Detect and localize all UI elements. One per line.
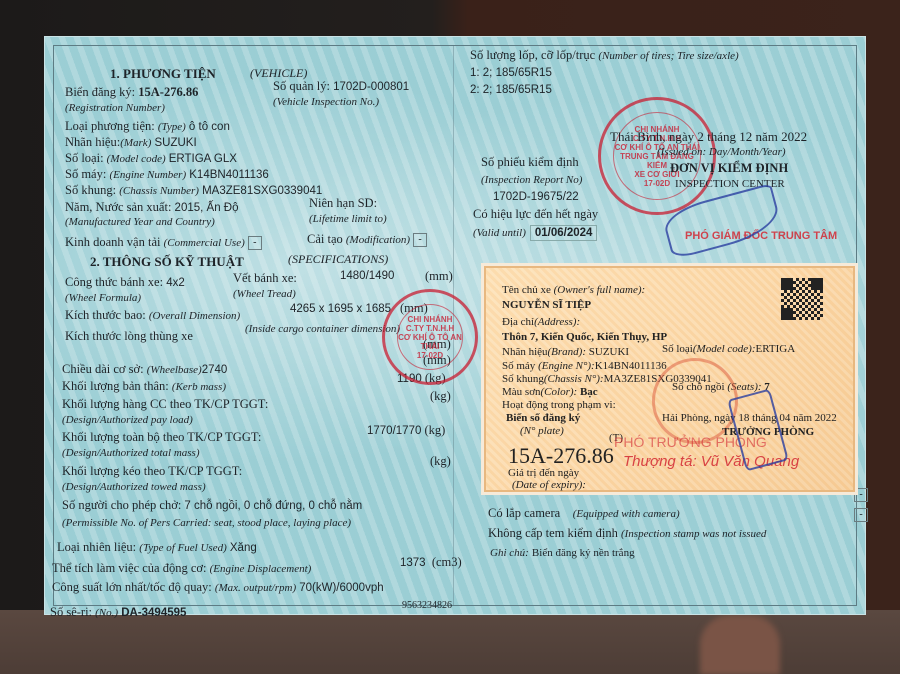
persons-value: 7 chỗ ngồi, 0 chỗ đứng, 0 chỗ nằm: [184, 500, 362, 512]
tread-label: Vết bánh xe:: [233, 271, 297, 285]
mark-row: Nhãn hiệu:(Mark) SUZUKI: [65, 135, 197, 150]
payload-en: (Design/Authorized pay load): [62, 413, 193, 427]
plate-value: 15A-276.86: [508, 444, 614, 468]
wheelbase-value: 2740: [202, 364, 228, 376]
persons-en: (Permissible No. of Pers Carried: seat, …: [62, 516, 351, 530]
camera-checkbox: -: [854, 488, 868, 502]
lifetime-en: (Lifetime limit to): [309, 212, 387, 226]
tire-axle-1: 1: 2; 185/65R15: [470, 66, 552, 80]
report-value: 1702D-19675/22: [493, 190, 579, 204]
camera-row: Có lắp camera (Equipped with camera): [488, 506, 680, 521]
valid-en: (Valid until): [473, 227, 526, 239]
persons-label: Số người cho phép chở:: [62, 498, 181, 512]
stamp-line: CHI NHÁNH: [408, 315, 453, 324]
overall-value: 4265 x 1695 x 1685: [290, 302, 391, 316]
center-title: ĐƠN VỊ KIỂM ĐỊNH: [670, 161, 788, 175]
owner-en: (Owner's full name):: [554, 284, 646, 296]
serial-label: Số sê-ri:: [50, 605, 92, 619]
commercial-row: Kinh doanh vận tải (Commercial Use)-: [65, 235, 262, 250]
registration-sticker: Tên chủ xe (Owner's full name): NGUYỄN S…: [484, 266, 855, 492]
model-value: ERTIGA GLX: [169, 153, 237, 165]
commercial-en: (Commercial Use): [164, 237, 245, 249]
brand-label: Nhãn hiệu: [502, 346, 548, 358]
displacement-value-row: 1373 (cm3): [400, 555, 462, 570]
mark-value: SUZUKI: [154, 137, 196, 149]
wheelbase-row: Chiều dài cơ sở: (Wheelbase)2740: [62, 362, 227, 377]
section1-title: 1. PHƯƠNG TIỆN: [110, 67, 216, 81]
chassis-en: (Chassis Number): [119, 185, 199, 197]
camera-label: Có lắp camera: [488, 506, 560, 520]
sticker-engine-label: Số máy: [502, 360, 535, 372]
displacement-row: Thể tích làm việc của động cơ: (Engine D…: [52, 561, 311, 576]
total-value: 1770/1770: [367, 425, 421, 437]
issued-en: (Issued on: Day/Month/Year): [657, 145, 786, 159]
mark-en: (Mark): [120, 137, 151, 149]
chassis-label: Số khung:: [65, 183, 116, 197]
kerb-row: Khối lượng bản thân: (Kerb mass): [62, 379, 226, 394]
power-label: Công suất lớn nhất/tốc độ quay:: [52, 580, 212, 594]
towed-unit: (kg): [430, 454, 451, 468]
fuel-value: Xăng: [230, 542, 257, 554]
color-label: Màu sơn: [502, 386, 541, 398]
sticker-engine-value: K14BN4011136: [595, 360, 667, 372]
print-code: 9563234826: [402, 599, 452, 613]
model-label: Số loại:: [65, 151, 104, 165]
year-row: Năm, Nước sản xuất: 2015, Ấn Độ: [65, 200, 238, 215]
kerb-label: Khối lượng bản thân:: [62, 379, 169, 393]
overall-label: Kích thước bao:: [65, 308, 146, 322]
serial-en: (No.): [95, 607, 118, 619]
cargo-en: (Inside cargo container dimension): [245, 322, 400, 336]
stamp-line: 17-02D: [644, 179, 670, 188]
year-label: Năm, Nước sản xuất:: [65, 200, 171, 214]
type-value: ô tô con: [189, 121, 230, 133]
address-label: Địa chỉ: [502, 316, 534, 328]
stamp-checkbox: -: [854, 508, 868, 522]
payload-label: Khối lượng hàng CC theo TK/CP TGGT:: [62, 397, 268, 411]
cargo-label: Kích thước lòng thùng xe: [65, 329, 193, 343]
type-en: (Type): [158, 121, 186, 133]
stamp-en: (Inspection stamp was not issued: [621, 528, 766, 540]
wheel-formula-en: (Wheel Formula): [65, 291, 141, 305]
wheelbase-en: (Wheelbase): [147, 364, 202, 376]
owner-label: Tên chủ xe: [502, 284, 551, 296]
plate-label: Biển số đăng ký: [506, 412, 580, 424]
reg-value: 15A-276.86: [138, 85, 198, 99]
stamp-line: 17-02D: [417, 351, 443, 360]
stamp-label: Không cấp tem kiểm định: [488, 526, 618, 540]
sticker-model-row: Số loại(Model code):ERTIGA: [662, 343, 795, 355]
reg-en: (Registration Number): [65, 101, 165, 115]
tires-row: Số lượng lốp, cỡ lốp/trục (Number of tir…: [470, 48, 739, 63]
tires-label: Số lượng lốp, cỡ lốp/trục: [470, 48, 595, 62]
sticker-chassis-label: Số khung: [502, 373, 544, 385]
company-stamp-left: CHI NHÁNH C.TY T.N.H.H CƠ KHÍ Ô TÔ AN TH…: [382, 289, 478, 385]
engine-value: K14BN4011136: [189, 169, 269, 181]
valid-label: Có hiệu lực đến hết ngày: [473, 207, 598, 221]
displacement-unit: (cm3): [432, 555, 462, 569]
tires-en: (Number of tires; Tire size/axle): [598, 50, 738, 62]
tread-unit: (mm): [425, 269, 453, 283]
overall-en: (Overall Dimension): [149, 310, 240, 322]
section2-en: (SPECIFICATIONS): [288, 252, 388, 266]
address-value: Thôn 7, Kiến Quốc, Kiến Thụy, HP: [502, 331, 667, 343]
mgmt-row: Số quản lý: 1702D-000801: [273, 79, 409, 94]
displacement-label: Thể tích làm việc của động cơ:: [52, 561, 206, 575]
wheel-formula-value: 4x2: [166, 277, 185, 289]
qr-code-icon: [781, 278, 823, 320]
note-row: Ghi chú: Biển đăng ký nền trắng: [490, 545, 635, 560]
issued-place-date: Thái Bình, ngày 2 tháng 12 năm 2022: [610, 130, 807, 144]
address-en: (Address):: [534, 316, 580, 328]
commercial-label: Kinh doanh vận tải: [65, 235, 160, 249]
model-en: (Model code): [107, 153, 166, 165]
power-row: Công suất lớn nhất/tốc độ quay: (Max. ou…: [52, 580, 384, 595]
modification-checkbox: -: [413, 233, 427, 247]
mgmt-en: (Vehicle Inspection No.): [273, 95, 379, 109]
sticker-model-value: ERTIGA: [755, 343, 795, 355]
expiry-label: Giá trị đến ngày: [508, 467, 579, 479]
valid-value: 01/06/2024: [530, 225, 598, 241]
fuel-en: (Type of Fuel Used): [139, 542, 226, 554]
mark-label: Nhãn hiệu:: [65, 135, 120, 149]
sticker-chassis-en: (Chassis N°):: [544, 373, 604, 385]
sticker-model-label: Số loại: [662, 343, 693, 355]
brand-value: SUZUKI: [589, 346, 629, 358]
year-en: (Manufactured Year and Country): [65, 215, 215, 229]
power-value: 70(kW)/6000vph: [299, 582, 383, 594]
tire-axle-2: 2: 2; 185/65R15: [470, 83, 552, 97]
mgmt-value: 1702D-000801: [333, 81, 409, 93]
reg-row: Biển đăng ký: 15A-276.86: [65, 85, 198, 99]
stamp-line: C.TY T.N.H.H: [406, 324, 454, 333]
wheelbase-label: Chiều dài cơ sở:: [62, 362, 144, 376]
modification-label: Cải tạo: [307, 232, 343, 246]
type-label: Loại phương tiện:: [65, 119, 155, 133]
total-en: (Design/Authorized total mass): [62, 446, 200, 460]
persons-row: Số người cho phép chở: 7 chỗ ngồi, 0 chỗ…: [62, 498, 362, 513]
engine-en: (Engine Number): [109, 169, 186, 181]
overall-row: Kích thước bao: (Overall Dimension): [65, 308, 240, 323]
towed-en: (Design/Authorized towed mass): [62, 480, 206, 494]
valid-row: (Valid until)01/06/2024: [473, 225, 597, 241]
note-label: Ghi chú:: [490, 547, 529, 559]
color-row: Màu sơn(Color): Bạc: [502, 386, 598, 398]
displacement-en: (Engine Displacement): [210, 563, 312, 575]
report-en: (Inspection Report No): [481, 173, 582, 187]
towed-label: Khối lượng kéo theo TK/CP TGGT:: [62, 464, 242, 478]
note-value: Biển đăng ký nền trắng: [532, 547, 635, 559]
fuel-row: Loại nhiên liệu: (Type of Fuel Used) Xăn…: [57, 540, 257, 555]
plate-en: (N° plate): [520, 425, 564, 437]
modification-row: Cải tạo (Modification)-: [307, 232, 427, 247]
chassis-row: Số khung: (Chassis Number) MA3ZE81SXG033…: [65, 183, 322, 198]
sticker-model-en: (Model code):: [693, 343, 756, 355]
payload-unit: (kg): [430, 389, 451, 403]
stamp-line: CƠ KHÍ Ô TÔ AN THÁI: [398, 333, 462, 351]
chassis-value: MA3ZE81SXG0339041: [202, 185, 322, 197]
owner-value: NGUYỄN SĨ TIỆP: [502, 299, 591, 311]
sticker-engine-row: Số máy (Engine N°):K14BN4011136: [502, 360, 667, 372]
camera-en: (Equipped with camera): [573, 508, 680, 520]
modification-en: (Modification): [346, 234, 410, 246]
type-row: Loại phương tiện: (Type) ô tô con: [65, 119, 230, 134]
serial-value: DA-3494595: [121, 607, 186, 619]
mgmt-label: Số quản lý:: [273, 79, 330, 93]
engine-row: Số máy: (Engine Number) K14BN4011136: [65, 167, 269, 182]
displacement-value: 1373: [400, 557, 426, 569]
stamp-inner: CHI NHÁNH C.TY T.N.H.H CƠ KHÍ Ô TÔ AN TH…: [397, 304, 463, 370]
tread-en: (Wheel Tread): [233, 287, 296, 301]
box-2: -: [851, 507, 868, 522]
scope-label: Hoạt động trong phạm vi:: [502, 399, 616, 411]
year-value: 2015, Ấn Độ: [175, 202, 239, 214]
model-row: Số loại: (Model code) ERTIGA GLX: [65, 151, 237, 166]
total-label: Khối lượng toàn bộ theo TK/CP TGGT:: [62, 430, 261, 444]
total-unit: (kg): [425, 423, 446, 437]
lifetime-label: Niên hạn SD:: [309, 196, 377, 210]
brand-en: (Brand):: [548, 346, 587, 358]
total-value-row: 1770/1770 (kg): [367, 423, 445, 438]
expiry-en: (Date of expiry):: [512, 479, 586, 491]
fuel-label: Loại nhiên liệu:: [57, 540, 136, 554]
address-label-row: Địa chỉ(Address):: [502, 316, 580, 328]
wheel-formula-label: Công thức bánh xe:: [65, 275, 163, 289]
kerb-en: (Kerb mass): [172, 381, 226, 393]
owner-label-row: Tên chủ xe (Owner's full name):: [502, 284, 645, 296]
brand-row: Nhãn hiệu(Brand): SUZUKI: [502, 346, 629, 358]
wheel-formula-row: Công thức bánh xe: 4x2: [65, 275, 185, 290]
section1-en: (VEHICLE): [250, 66, 307, 80]
color-en: (Color):: [541, 386, 578, 398]
commercial-checkbox: -: [248, 236, 262, 250]
color-value: Bạc: [580, 386, 598, 398]
serial-row: Số sê-ri: (No.) DA-3494595: [50, 605, 186, 620]
stamp-row: Không cấp tem kiểm định (Inspection stam…: [488, 526, 766, 541]
power-en: (Max. output/rpm): [215, 582, 296, 594]
report-label: Số phiếu kiểm định: [481, 155, 579, 169]
sticker-engine-en: (Engine N°):: [538, 360, 595, 372]
reg-label: Biển đăng ký:: [65, 85, 135, 99]
engine-label: Số máy:: [65, 167, 106, 181]
section2-title: 2. THÔNG SỐ KỸ THUẬT: [90, 255, 244, 269]
foot-background: [700, 615, 780, 674]
tread-value: 1480/1490: [340, 269, 394, 283]
